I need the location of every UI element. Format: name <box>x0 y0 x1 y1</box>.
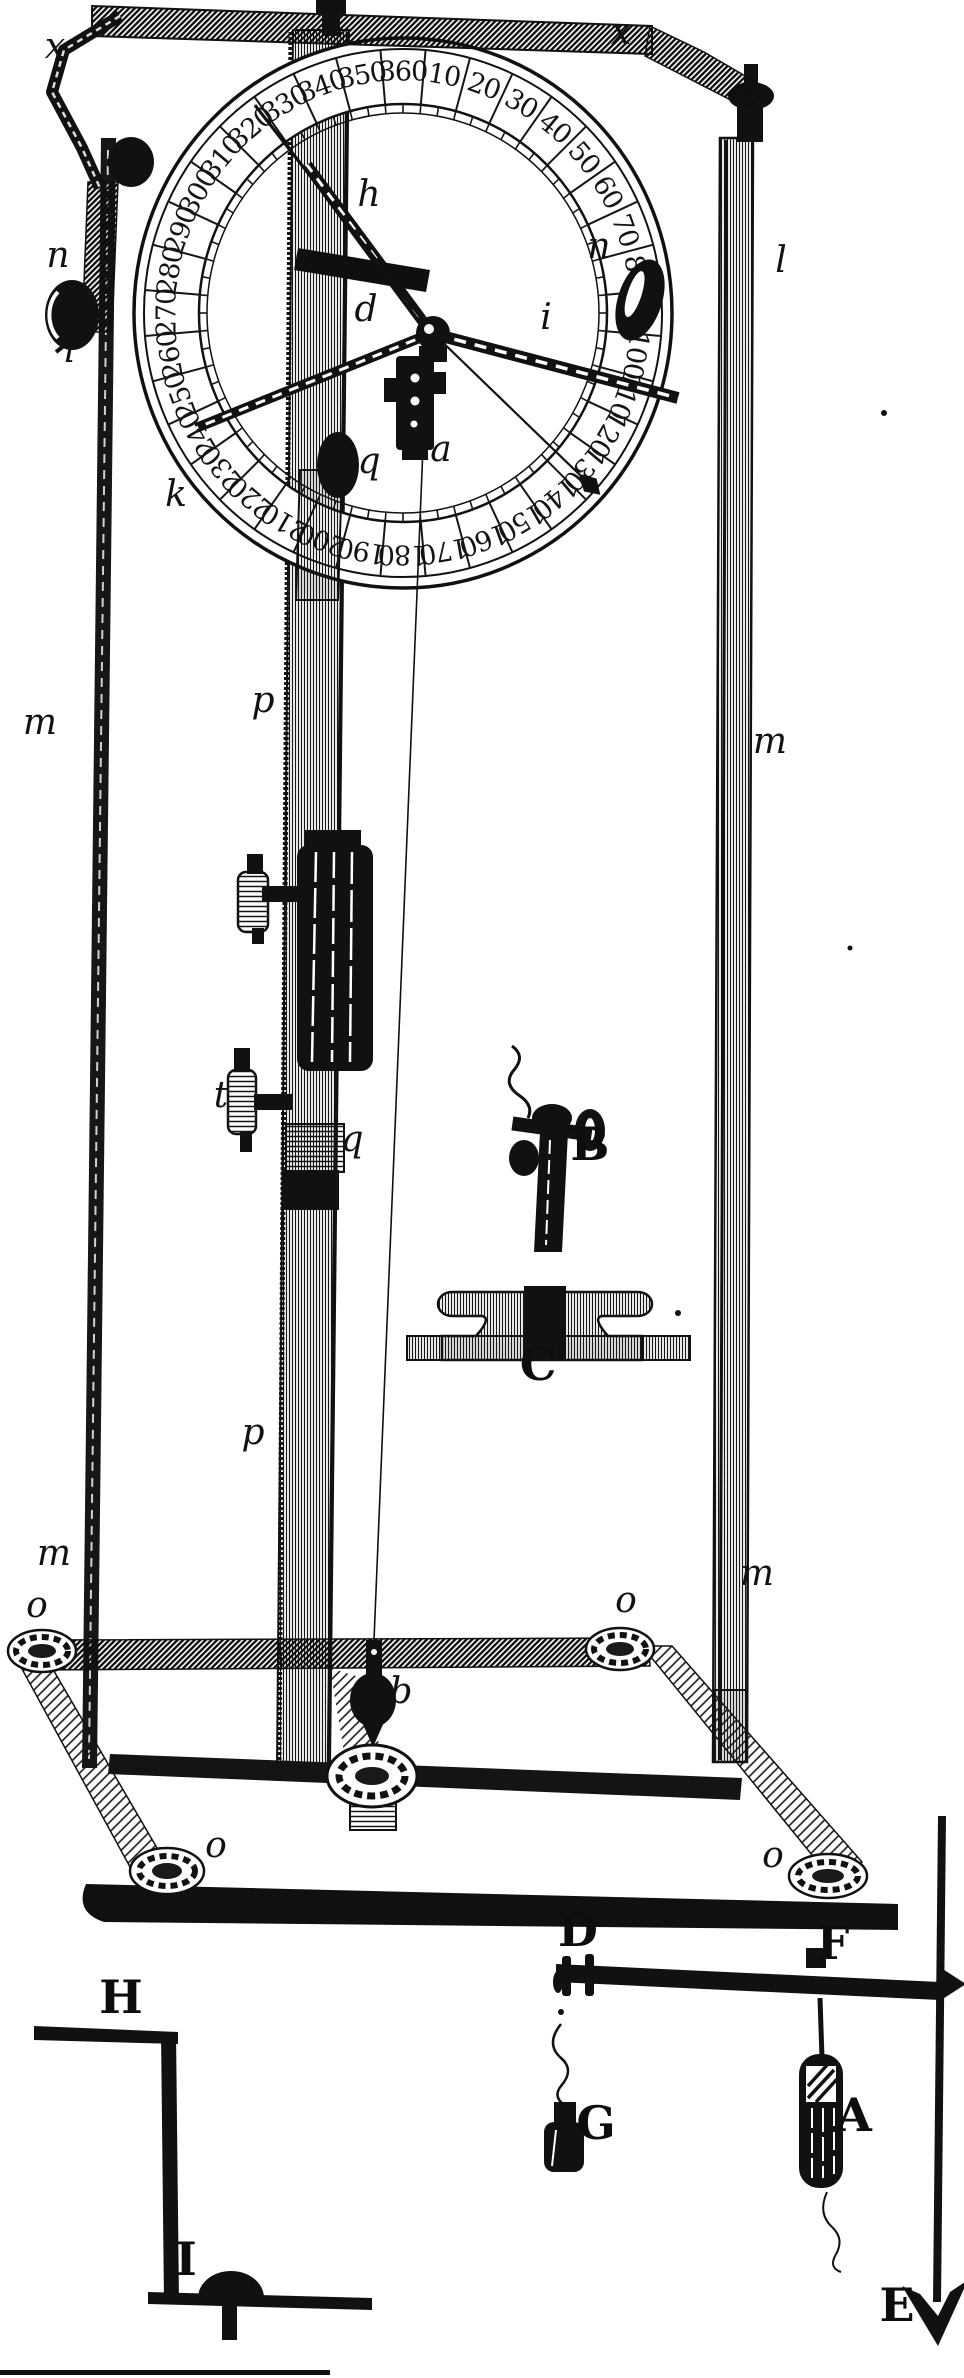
telescope-tube <box>297 845 373 1071</box>
right-post-stub <box>714 1690 746 1762</box>
label-G: G <box>576 2096 615 2150</box>
back-rail <box>36 1638 650 1670</box>
lower-thumbscrew <box>228 1070 256 1134</box>
ink-speck <box>848 946 853 951</box>
foot-back-right <box>586 1628 654 1670</box>
label-b: b <box>389 1671 412 1712</box>
label-l: l <box>64 330 76 371</box>
label-I: I <box>175 2232 197 2286</box>
foot-front-left <box>130 1848 204 1894</box>
label-m: m <box>753 721 787 762</box>
label-n: n <box>46 235 69 276</box>
label-o: o <box>205 1825 227 1866</box>
label-o: o <box>762 1835 784 1876</box>
foot-front-right <box>789 1854 867 1898</box>
label-m: m <box>37 1533 71 1574</box>
svg-text:10: 10 <box>425 58 462 94</box>
foot-back-left <box>8 1630 76 1672</box>
ink-speck <box>675 1310 681 1316</box>
label-m: m <box>740 1553 774 1594</box>
label-p: p <box>251 680 274 721</box>
label-m: m <box>23 702 57 743</box>
top-center-fitting <box>316 0 346 14</box>
label-E: E <box>879 2278 914 2332</box>
hub <box>416 316 450 350</box>
label-x: x <box>45 26 65 67</box>
knurled-ring <box>286 1124 344 1172</box>
label-F: F <box>817 1916 850 1970</box>
label-H: H <box>99 1970 142 2024</box>
engraving-plate: 1020304050607080901001101201301401501601… <box>0 0 964 2378</box>
ink-speck <box>881 410 887 416</box>
label-d: d <box>354 289 377 330</box>
label-q: q <box>340 1119 363 1160</box>
dark-collar <box>283 1170 339 1210</box>
label-k: k <box>165 474 187 515</box>
label-h: h <box>357 174 380 215</box>
svg-text:360: 360 <box>379 57 428 88</box>
label-p: p <box>241 1412 264 1453</box>
rod-E <box>937 1816 942 2302</box>
label-B: B <box>571 1117 610 1171</box>
label-C: C <box>520 1337 557 1391</box>
label-t: t <box>214 1075 229 1116</box>
upper-thumbscrew <box>238 872 268 932</box>
label-a: a <box>430 429 451 470</box>
left-clamp-knob <box>108 137 154 187</box>
label-o: o <box>26 1585 48 1626</box>
label-i: i <box>540 297 552 338</box>
label-n: n <box>587 226 610 267</box>
label-q: q <box>357 441 380 482</box>
apparatus-figure: 1020304050607080901001101201301401501601… <box>0 0 964 2378</box>
label-x: x <box>611 12 631 53</box>
label-o: o <box>615 1580 637 1621</box>
page-edge-line <box>0 2370 330 2375</box>
label-A: A <box>835 2088 873 2142</box>
label-l: l <box>775 240 787 281</box>
label-D: D <box>558 1903 598 1957</box>
